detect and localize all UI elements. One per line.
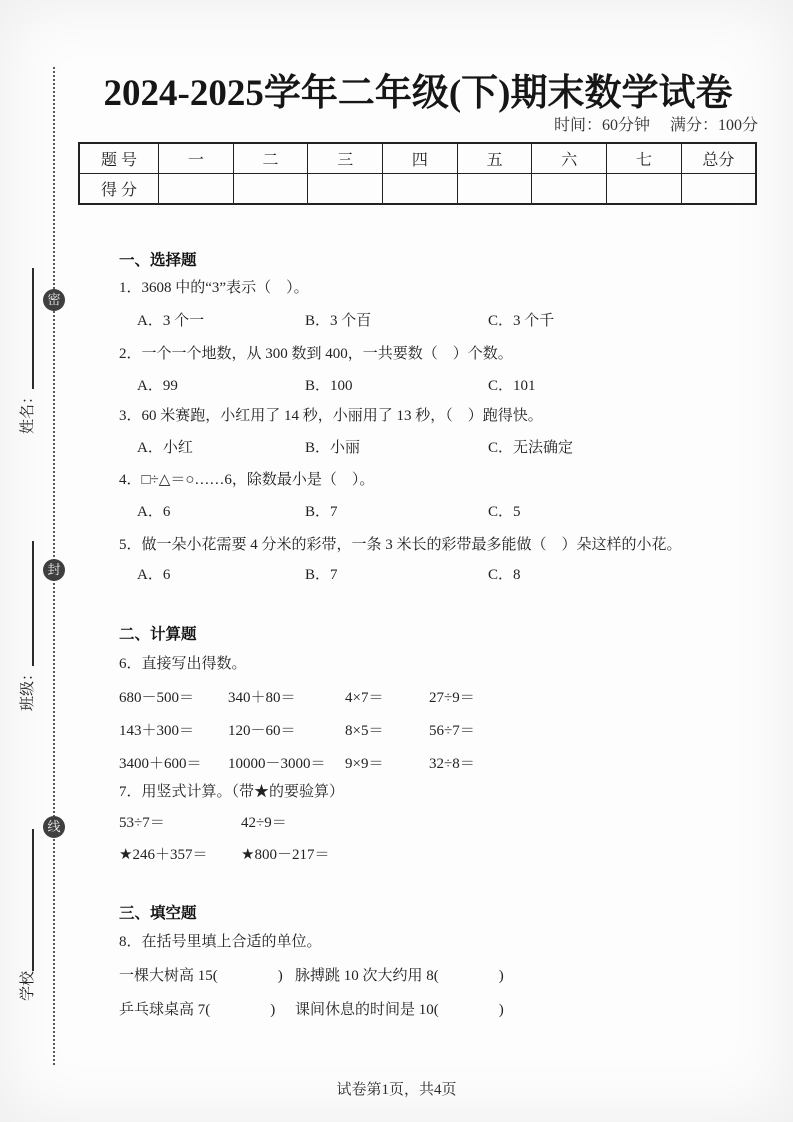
- starred-expression: ★246＋357＝: [119, 843, 241, 864]
- seal-char-xian: 线: [43, 816, 65, 838]
- col-5: 五: [457, 143, 532, 174]
- col-3: 三: [308, 143, 383, 174]
- score-table-header-row: 题 号 一 二 三 四 五 六 七 总分: [79, 143, 756, 174]
- mental-math-row: 680－500＝ 340＋80＝ 4×7＝ 27÷9＝: [119, 686, 679, 707]
- score-table: 题 号 一 二 三 四 五 六 七 总分 得 分: [78, 142, 757, 205]
- question-number-label: 题 号: [79, 143, 159, 174]
- question-3: 3．60 米赛跑，小红用了 14 秒，小丽用了 13 秒，（ ）跑得快。: [119, 404, 543, 425]
- option-b: B．7: [305, 500, 488, 521]
- col-7: 七: [607, 143, 682, 174]
- score-table-score-row: 得 分: [79, 174, 756, 205]
- student-name-blank-line: [32, 268, 34, 389]
- class-blank-line: [32, 541, 34, 666]
- class-label: 班级：: [16, 666, 37, 711]
- expression: 3400＋600＝: [119, 752, 228, 773]
- option-c: C．8: [488, 563, 697, 584]
- option-c: C．5: [488, 500, 697, 521]
- question-1: 1．3608 中的“3”表示（ ）。: [119, 276, 309, 297]
- col-total: 总分: [681, 143, 756, 174]
- seal-char-mi: 密: [43, 289, 65, 311]
- expression: 8×5＝: [345, 719, 429, 740]
- option-a: A．6: [137, 500, 305, 521]
- student-name-field: 姓名：: [15, 268, 37, 434]
- score-cell: [457, 174, 532, 205]
- score-cell: [532, 174, 607, 205]
- option-a: A．3 个一: [137, 309, 305, 330]
- question-3-options: A．小红 B．小丽 C．无法确定: [137, 436, 697, 457]
- col-1: 一: [159, 143, 234, 174]
- question-2-options: A．99 B．100 C．101: [137, 374, 697, 395]
- expression: 42÷9＝: [241, 811, 539, 832]
- school-label: 学校: [16, 971, 37, 1001]
- question-5-options: A．6 B．7 C．8: [137, 563, 697, 584]
- question-7: 7．用竖式计算。（带★的要验算）: [119, 780, 344, 801]
- question-4-options: A．6 B．7 C．5: [137, 500, 697, 521]
- vertical-calc-row: ★246＋357＝ ★800－217＝: [119, 843, 539, 864]
- expression: 143＋300＝: [119, 719, 228, 740]
- expression: 680－500＝: [119, 686, 228, 707]
- class-field: 班级：: [15, 541, 37, 711]
- score-cell: [308, 174, 383, 205]
- unit-blank: 乒乓球桌高 7( ): [119, 998, 295, 1019]
- option-b: B．100: [305, 374, 488, 395]
- time-limit: 时间：60分钟: [554, 117, 650, 134]
- score-cell: [233, 174, 308, 205]
- question-4: 4．□÷△＝○……6，除数最小是（ ）。: [119, 468, 374, 489]
- question-5: 5．做一朵小花需要 4 分米的彩带，一条 3 米长的彩带最多能做（ ）朵这样的小…: [119, 533, 682, 554]
- vertical-calc-row: 53÷7＝ 42÷9＝: [119, 811, 539, 832]
- option-b: B．3 个百: [305, 309, 488, 330]
- col-4: 四: [383, 143, 458, 174]
- option-b: B．小丽: [305, 436, 488, 457]
- option-c: C．101: [488, 374, 697, 395]
- mental-math-row: 3400＋600＝ 10000－3000＝ 9×9＝ 32÷8＝: [119, 752, 679, 773]
- score-cell: [607, 174, 682, 205]
- question-1-options: A．3 个一 B．3 个百 C．3 个千: [137, 309, 697, 330]
- seal-char-feng: 封: [43, 559, 65, 581]
- exam-meta: 时间：60分钟 满分：100分: [78, 112, 758, 135]
- mental-math-row: 143＋300＝ 120－60＝ 8×5＝ 56÷7＝: [119, 719, 679, 740]
- option-c: C．3 个千: [488, 309, 697, 330]
- student-name-label: 姓名：: [16, 389, 37, 434]
- expression: 340＋80＝: [228, 686, 345, 707]
- col-2: 二: [233, 143, 308, 174]
- expression: 27÷9＝: [429, 686, 679, 707]
- expression: 53÷7＝: [119, 811, 241, 832]
- option-b: B．7: [305, 563, 488, 584]
- full-score: 满分：100分: [670, 117, 758, 134]
- question-2: 2．一个一个地数，从 300 数到 400，一共要数（ ）个数。: [119, 342, 513, 363]
- section-heading-calc: 二、计算题: [119, 622, 197, 644]
- expression: 56÷7＝: [429, 719, 679, 740]
- unit-blank: 脉搏跳 10 次大约用 8( ): [295, 964, 719, 985]
- score-cell: [159, 174, 234, 205]
- expression: 120－60＝: [228, 719, 345, 740]
- section-heading-choice: 一、选择题: [119, 248, 197, 270]
- option-a: A．6: [137, 563, 305, 584]
- question-6: 6．直接写出得数。: [119, 652, 247, 673]
- expression: 32÷8＝: [429, 752, 679, 773]
- option-a: A．99: [137, 374, 305, 395]
- unit-fill-row: 一棵大树高 15( ) 脉搏跳 10 次大约用 8( ): [119, 964, 719, 985]
- score-cell: [681, 174, 756, 205]
- option-c: C．无法确定: [488, 436, 697, 457]
- unit-blank: 一棵大树高 15( ): [119, 964, 295, 985]
- school-blank-line: [32, 829, 34, 971]
- starred-expression: ★800－217＝: [241, 843, 539, 864]
- unit-blank: 课间休息的时间是 10( ): [295, 998, 719, 1019]
- unit-fill-row: 乒乓球桌高 7( ) 课间休息的时间是 10( ): [119, 998, 719, 1019]
- page-title: 2024-2025学年二年级(下)期末数学试卷: [78, 62, 758, 116]
- col-6: 六: [532, 143, 607, 174]
- section-heading-fill: 三、填空题: [119, 901, 197, 923]
- option-a: A．小红: [137, 436, 305, 457]
- score-label: 得 分: [79, 174, 159, 205]
- school-field: 学校: [15, 829, 37, 1001]
- score-cell: [383, 174, 458, 205]
- question-8: 8．在括号里填上合适的单位。: [119, 930, 322, 951]
- page-number-footer: 试卷第1页，共4页: [0, 1078, 793, 1099]
- expression: 9×9＝: [345, 752, 429, 773]
- expression: 10000－3000＝: [228, 752, 345, 773]
- expression: 4×7＝: [345, 686, 429, 707]
